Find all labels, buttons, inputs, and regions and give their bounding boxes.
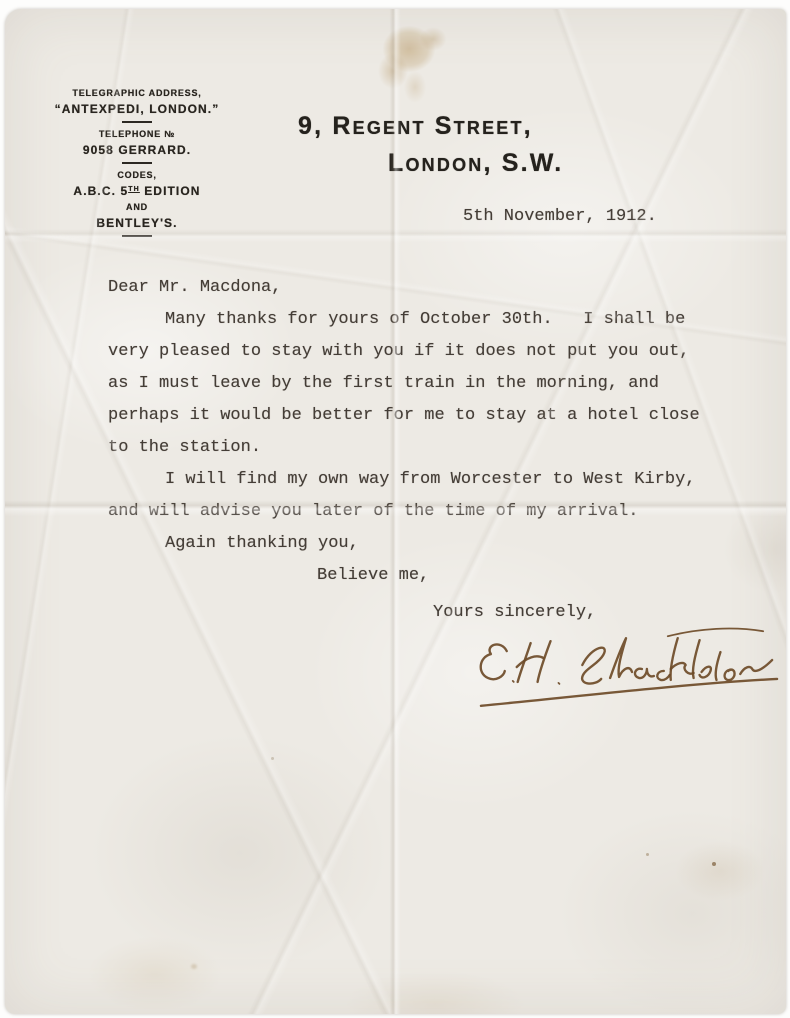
body-line: Again thanking you,	[108, 528, 748, 560]
codes-edition-pre: A.B.C. 5	[73, 184, 128, 198]
body-line: I will find my own way from Worcester to…	[108, 464, 748, 496]
codes-and: AND	[47, 203, 227, 212]
letter-date: 5th November, 1912.	[463, 207, 657, 226]
body-line: to the station.	[108, 432, 748, 464]
paper-speck	[646, 853, 649, 856]
letterhead-divider	[122, 235, 152, 237]
letter-body: Dear Mr. Macdona, Many thanks for yours …	[108, 272, 748, 629]
signature-ink-drawing: E. H. Shackleton	[471, 621, 789, 717]
letterhead-divider	[122, 162, 152, 164]
paper-speck	[271, 757, 274, 760]
body-line: very pleased to stay with you if it does…	[108, 336, 748, 368]
letterhead: TELEGRAPHIC ADDRESS, “ANTEXPEDI, LONDON.…	[47, 89, 227, 244]
signature-e-h-shackleton: E. H. Shackleton	[471, 621, 789, 717]
codes-edition-post: EDITION	[140, 184, 201, 198]
body-line: perhaps it would be better for me to sta…	[108, 400, 748, 432]
telephone-label: TELEPHONE №	[47, 130, 227, 139]
salutation: Dear Mr. Macdona,	[108, 272, 748, 304]
letterhead-divider	[122, 121, 152, 123]
codes-label: CODES,	[47, 171, 227, 180]
codes-bentley: BENTLEY'S.	[47, 217, 227, 229]
address-line-2: London, S.W.	[388, 151, 563, 176]
codes-edition: A.B.C. 5TH EDITION	[47, 185, 227, 197]
body-line: as I must leave by the first train in th…	[108, 368, 748, 400]
letter-paper: TELEGRAPHIC ADDRESS, “ANTEXPEDI, LONDON.…	[5, 9, 786, 1014]
telegraphic-address-label: TELEGRAPHIC ADDRESS,	[47, 89, 227, 98]
telegraphic-address-value: “ANTEXPEDI, LONDON.”	[47, 103, 227, 115]
body-line: and will advise you later of the time of…	[108, 496, 748, 528]
paper-speck	[712, 862, 716, 866]
codes-edition-sup: TH	[128, 186, 140, 193]
address-line-1: 9, Regent Street,	[298, 114, 533, 139]
paper-speck	[191, 964, 197, 969]
telephone-value: 9058 GERRARD.	[47, 144, 227, 156]
body-line: Many thanks for yours of October 30th. I…	[108, 304, 748, 336]
scanned-letter-page: { "letterhead": { "telegraphic_label": "…	[0, 0, 790, 1018]
closing-believe-me: Believe me,	[108, 560, 748, 592]
